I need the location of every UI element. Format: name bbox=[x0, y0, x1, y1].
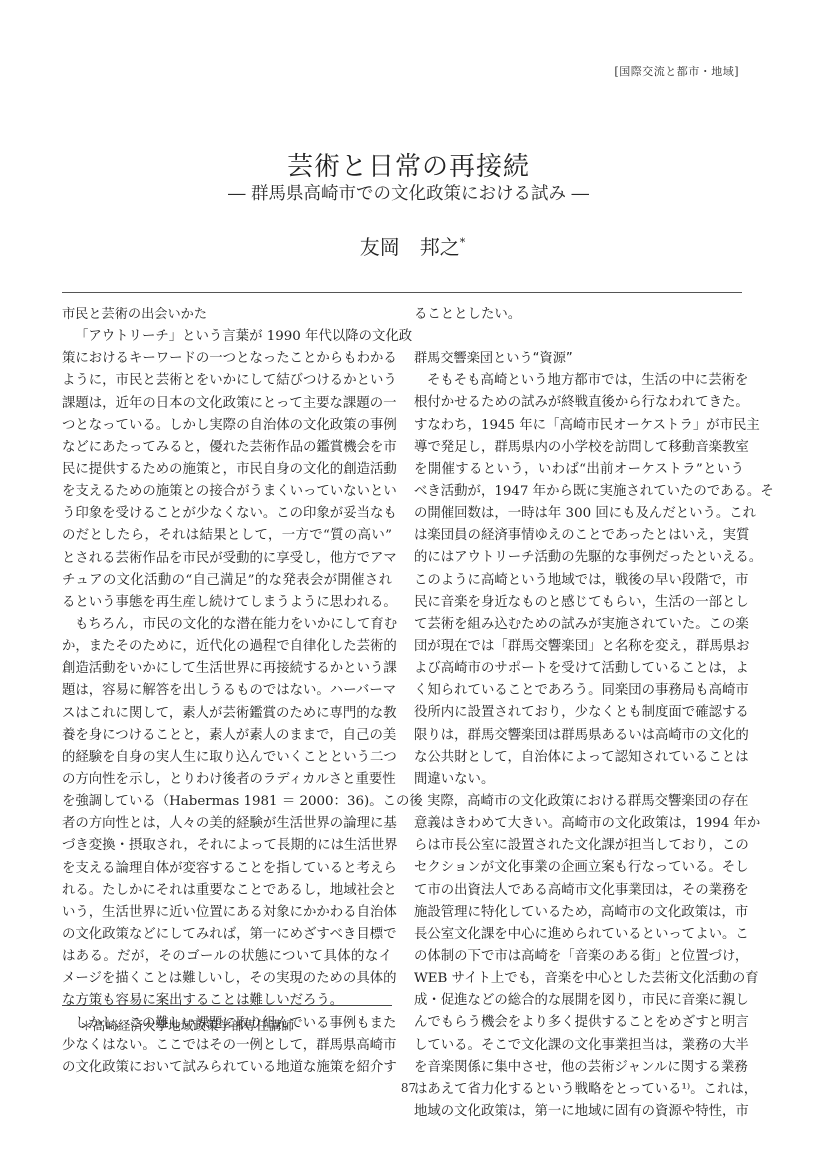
text-line: 題は，容易に解答を出しうるものではない。ハーバーマ bbox=[62, 680, 392, 702]
text-line: の文化政策において試みられている地道な施策を紹介す bbox=[62, 1057, 392, 1079]
paragraph-continuation: ることとしたい。 bbox=[414, 304, 744, 326]
text-line: 施設管理に特化しているため，高崎市の文化政策は，市 bbox=[414, 902, 744, 924]
text-line: な公共財として，自治体によって認知されていることは bbox=[414, 747, 744, 769]
text-line: WEB サイト上でも，音楽を中心とした芸術文化活動の育 bbox=[414, 968, 744, 990]
text-line: 策におけるキーワードの一つとなったことからもわかる bbox=[62, 348, 392, 370]
text-line: 地域の文化政策は，第一に地域に固有の資源や特性，市 bbox=[414, 1101, 744, 1123]
text-line: 創造活動をいかにして生活世界に再接続するかという課 bbox=[62, 658, 392, 680]
text-line: の体制の下で市は高崎を「音楽のある街」と位置づけ， bbox=[414, 946, 744, 968]
text-line: か，またそのために，近代化の過程で自律化した芸術的 bbox=[62, 636, 392, 658]
text-line: 導で発足し，群馬県内の小学校を訪問して移動音楽教室 bbox=[414, 437, 744, 459]
text-line: づき変換・摂取され，それによって長期的には生活世界 bbox=[62, 835, 392, 857]
text-line: 役所内に設置されており，少なくとも制度面で確認する bbox=[414, 702, 744, 724]
text-line: そもそも高崎という地方都市では，生活の中に芸術を bbox=[414, 370, 744, 392]
text-line: く知られていることであろう。同楽団の事務局も高崎市 bbox=[414, 680, 744, 702]
text-line: べき活動が，1947 年から既に実施されていたのである。そ bbox=[414, 481, 744, 503]
text-line: このように高崎という地域では，戦後の早い段階で，市 bbox=[414, 570, 744, 592]
text-line: スはこれに関して，素人が芸術鑑賞のために専門的な教 bbox=[62, 703, 392, 725]
text-line: している。そこで文化課の文化事業担当は，業務の大半 bbox=[414, 1035, 744, 1057]
text-line: セクションが文化事業の企画立案も行なっている。そし bbox=[414, 857, 744, 879]
text-line: 少なくはない。ここではその一例として，群馬県高崎市 bbox=[62, 1035, 392, 1057]
text-line: などにあたってみると，優れた芸術作品の鑑賞機会を市 bbox=[62, 437, 392, 459]
text-line: チュアの文化活動の“自己満足”的な発表会が開催され bbox=[62, 570, 392, 592]
author-name: 友岡 邦之 bbox=[360, 235, 460, 259]
right-column-body: そもそも高崎という地方都市では，生活の中に芸術を根付かせるための試みが終戦直後か… bbox=[414, 370, 744, 1123]
section-tag: [国際交流と都市・地域] bbox=[614, 63, 739, 79]
text-line: るという事態を再生産し続けてしまうように思われる。 bbox=[62, 592, 392, 614]
text-line: もちろん，市民の文化的な潜在能力をいかにして育む bbox=[62, 614, 392, 636]
text-line: のだとしたら，それは結果として，一方で“質の高い” bbox=[62, 525, 392, 547]
section-heading: 群馬交響楽団という“資源” bbox=[414, 348, 744, 370]
text-line: いう，生活世界に近い位置にある対象にかかわる自治体 bbox=[62, 902, 392, 924]
text-line: う印象を受けることが少なくない。この印象が妥当なも bbox=[62, 503, 392, 525]
right-column: ることとしたい。 群馬交響楽団という“資源” そもそも高崎という地方都市では，生… bbox=[414, 304, 744, 1123]
text-line: 者の方向性とは，人々の美的経験が生活世界の論理に基 bbox=[62, 813, 392, 835]
author-footnote-mark: * bbox=[460, 236, 466, 249]
text-line: ように，市民と芸術とをいかにして結びつけるかという bbox=[62, 370, 392, 392]
text-line: は楽団員の経済事情ゆえのことであったとはいえ，実質 bbox=[414, 525, 744, 547]
text-line: とされる芸術作品を市民が受動的に享受し，他方でアマ bbox=[62, 548, 392, 570]
text-line: 実際，高崎市の文化政策における群馬交響楽団の存在 bbox=[414, 791, 744, 813]
text-line: を音楽関係に集中させ，他の芸術ジャンルに関する業務 bbox=[414, 1057, 744, 1079]
article-author: 友岡 邦之* bbox=[0, 231, 817, 260]
text-line: 「アウトリーチ」という言葉が 1990 年代以降の文化政 bbox=[62, 326, 392, 348]
text-line: 民に音楽を身近なものと感じてもらい，生活の一部とし bbox=[414, 592, 744, 614]
text-line: て芸術を組み込むための試みが実施されていた。この楽 bbox=[414, 614, 744, 636]
text-line: の文化政策などにしてみれば，第一にめざすべき目標で bbox=[62, 924, 392, 946]
text-line: すなわち，1945 年に「高崎市民オーケストラ」が市民主 bbox=[414, 415, 744, 437]
left-column-body: 「アウトリーチ」という言葉が 1990 年代以降の文化政策におけるキーワードの一… bbox=[62, 326, 392, 1079]
text-line: 民に提供するための施策と，市民自身の文化的創造活動 bbox=[62, 459, 392, 481]
text-line: を支えるための施策との接合がうまくいっていないとい bbox=[62, 481, 392, 503]
text-line: を支える論理自体が変容することを指していると考えら bbox=[62, 858, 392, 880]
text-line: て市の出資法人である高崎市文化事業団は，その業務を bbox=[414, 880, 744, 902]
text-line: 養を身につけることと，素人が素人のままで，自己の美 bbox=[62, 725, 392, 747]
author-affiliation-footnote: ＊高崎経済大学地域政策学部専任講師 bbox=[80, 1015, 294, 1034]
text-line: 課題は，近年の日本の文化政策にとって主要な課題の一 bbox=[62, 393, 392, 415]
text-line: 長公室文化課を中心に進められているといってよい。こ bbox=[414, 924, 744, 946]
text-line: 成・促進などの総合的な展開を図り，市民に音楽に親し bbox=[414, 990, 744, 1012]
text-line: はある。だが，そのゴールの状態について具体的なイ bbox=[62, 946, 392, 968]
text-line: よび高崎市のサポートを受けて活動していることは，よ bbox=[414, 658, 744, 680]
text-line: れる。たしかにそれは重要なことであるし，地域社会と bbox=[62, 880, 392, 902]
text-line: 根付かせるための試みが終戦直後から行なわれてきた。 bbox=[414, 392, 744, 414]
title-divider bbox=[62, 292, 742, 293]
section-heading: 市民と芸術の出会いかた bbox=[62, 304, 392, 326]
text-line: 意義はきわめて大きい。高崎市の文化政策は，1994 年か bbox=[414, 813, 744, 835]
text-line: メージを描くことは難しいし，その実現のための具体的 bbox=[62, 968, 392, 990]
text-line: らは市長公室に設置された文化課が担当しており，この bbox=[414, 835, 744, 857]
article-title: 芸術と日常の再接続 bbox=[0, 146, 817, 183]
text-line: の方向性を示し，とりわけ後者のラディカルさと重要性 bbox=[62, 769, 392, 791]
text-line: 的経験を自身の実人生に取り込んでいくことという二つ bbox=[62, 747, 392, 769]
article-subtitle: ― 群馬県高崎市での文化政策における試み ― bbox=[0, 180, 817, 205]
text-line: を強調している（Habermas 1981 ＝ 2000：36)。この後 bbox=[62, 791, 392, 813]
left-column: 市民と芸術の出会いかた 「アウトリーチ」という言葉が 1990 年代以降の文化政… bbox=[62, 304, 392, 1079]
text-line: 的にはアウトリーチ活動の先駆的な事例だったといえる。 bbox=[414, 547, 744, 569]
section-spacer bbox=[414, 326, 744, 348]
text-line: 団が現在では「群馬交響楽団」と名称を変え，群馬県お bbox=[414, 636, 744, 658]
text-line: の開催回数は，一時は年 300 回にも及んだという。これ bbox=[414, 503, 744, 525]
text-line: な方策も容易に案出することは難しいだろう。 bbox=[62, 990, 392, 1012]
page-number: 87 bbox=[0, 1081, 817, 1095]
text-line: んでもらう機会をより多く提供することをめざすと明言 bbox=[414, 1012, 744, 1034]
text-line: を開催するという，いわば“出前オーケストラ”という bbox=[414, 459, 744, 481]
text-line: 間違いない。 bbox=[414, 769, 744, 791]
footnote-divider bbox=[62, 1005, 392, 1006]
text-line: つとなっている。しかし実際の自治体の文化政策の事例 bbox=[62, 415, 392, 437]
text-line: 限りは，群馬交響楽団は群馬県あるいは高崎市の文化的 bbox=[414, 725, 744, 747]
